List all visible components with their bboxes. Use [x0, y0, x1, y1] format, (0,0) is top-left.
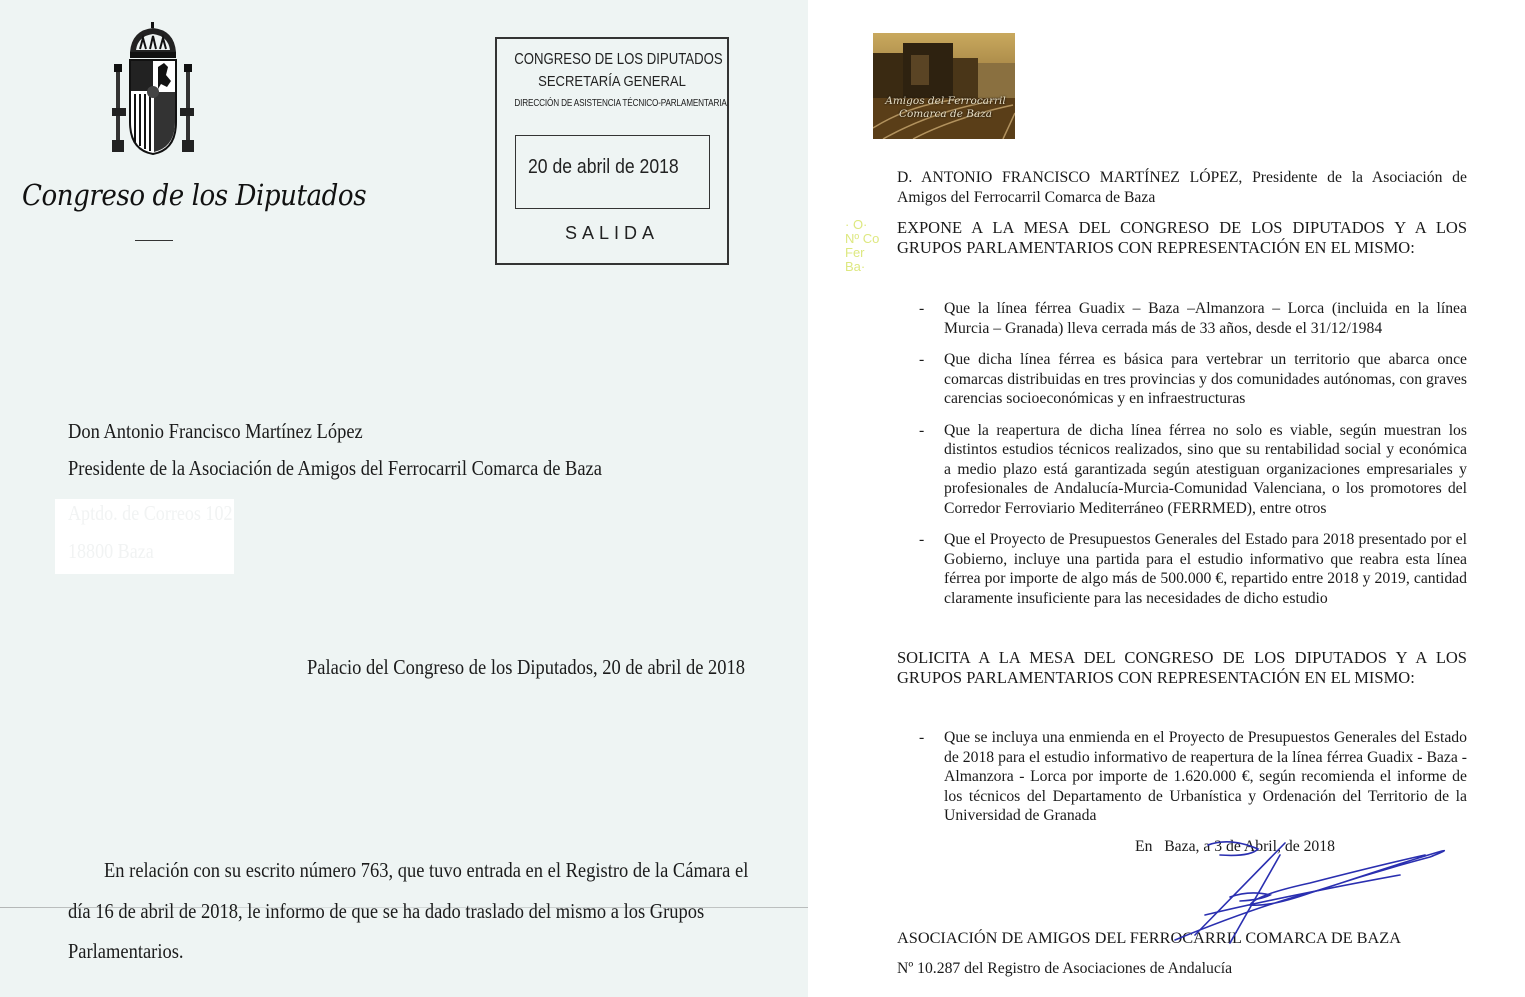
sender-identification: D. ANTONIO FRANCISCO MARTÍNEZ LÓPEZ, Pre… [897, 168, 1467, 207]
letterhead-divider [135, 240, 173, 241]
redacted-address-line: Aptdo. de Correos 102 [68, 501, 233, 526]
bullet-dash: - [919, 530, 924, 550]
association-registry-number: Nº 10.287 del Registro de Asociaciones d… [897, 959, 1232, 979]
bullet-dash: - [919, 728, 924, 748]
congress-reply-letter: Congreso de los Diputados CONGRESO DE LO… [0, 0, 808, 997]
list-item: - Que la reapertura de dicha línea férre… [915, 421, 1467, 519]
list-item: - Que el Proyecto de Presupuestos Genera… [915, 530, 1467, 608]
logo-caption-line: Amigos del Ferrocarril [885, 95, 1005, 107]
faint-stamp-line: Ba· [845, 260, 879, 274]
stamp-date-box: 20 de abril de 2018 [515, 135, 710, 209]
bullet-dash: - [919, 299, 924, 319]
handwritten-signature-icon [1080, 835, 1455, 945]
expone-list: - Que la línea férrea Guadix – Baza –Alm… [915, 299, 1467, 620]
body-text-line: Parlamentarios. [68, 939, 184, 964]
stamp-date: 20 de abril de 2018 [528, 156, 679, 179]
institution-script-title: Congreso de los Diputados [22, 178, 366, 212]
list-item: - Que dicha línea férrea es básica para … [915, 350, 1467, 409]
stamp-institution: CONGRESO DE LOS DIPUTADOS [514, 51, 710, 69]
recipient-role: Presidente de la Asociación de Amigos de… [68, 456, 602, 481]
body-text-line: En relación con su escrito número 763, q… [104, 858, 748, 883]
bullet-dash: - [919, 350, 924, 370]
list-item-text: Que la línea férrea Guadix – Baza –Alman… [944, 299, 1467, 338]
redacted-address-line: 18800 Baza [68, 539, 154, 564]
redacted-address: Aptdo. de Correos 102 18800 Baza [55, 499, 234, 574]
list-item: - Que se incluya una enmienda en el Proy… [915, 728, 1467, 826]
bullet-dash: - [919, 421, 924, 441]
letter-place-date: Palacio del Congreso de los Diputados, 2… [307, 655, 745, 680]
body-text-line: día 16 de abril de 2018, le informo de q… [68, 899, 704, 924]
coat-of-arms-icon [110, 22, 196, 157]
outgoing-registry-stamp: CONGRESO DE LOS DIPUTADOS SECRETARÍA GEN… [495, 37, 729, 265]
logo-caption-line: Comarca de Baza [899, 108, 992, 120]
list-item-text: Que la reapertura de dicha línea férrea … [944, 421, 1467, 519]
faint-stamp-line: Nº Co [845, 232, 879, 246]
faint-stamp-line: · O· [845, 218, 879, 232]
solicita-list: - Que se incluya una enmienda en el Proy… [915, 728, 1467, 838]
association-logo: Amigos del Ferrocarril Comarca de Baza [873, 33, 1015, 139]
logo-caption: Amigos del Ferrocarril Comarca de Baza [883, 95, 1008, 121]
recipient-name: Don Antonio Francisco Martínez López [68, 419, 363, 444]
railway-station-photo-icon [873, 33, 1015, 139]
list-item-text: Que el Proyecto de Presupuestos Generale… [944, 530, 1467, 608]
list-item: - Que la línea férrea Guadix – Baza –Alm… [915, 299, 1467, 338]
stamp-type: SALIDA [497, 223, 727, 244]
faint-entry-stamp: · O· Nº Co Fer Ba· [845, 218, 879, 274]
solicita-heading: SOLICITA A LA MESA DEL CONGRESO DE LOS D… [897, 648, 1467, 687]
faint-stamp-line: Fer [845, 246, 879, 260]
stamp-directorate: DIRECCIÓN DE ASISTENCIA TÉCNICO-PARLAMEN… [514, 98, 709, 109]
expone-heading: EXPONE A LA MESA DEL CONGRESO DE LOS DIP… [897, 218, 1467, 257]
list-item-text: Que dicha línea férrea es básica para ve… [944, 350, 1467, 409]
list-item-text: Que se incluya una enmienda en el Proyec… [944, 728, 1467, 826]
stamp-department: SECRETARÍA GENERAL [509, 74, 716, 90]
